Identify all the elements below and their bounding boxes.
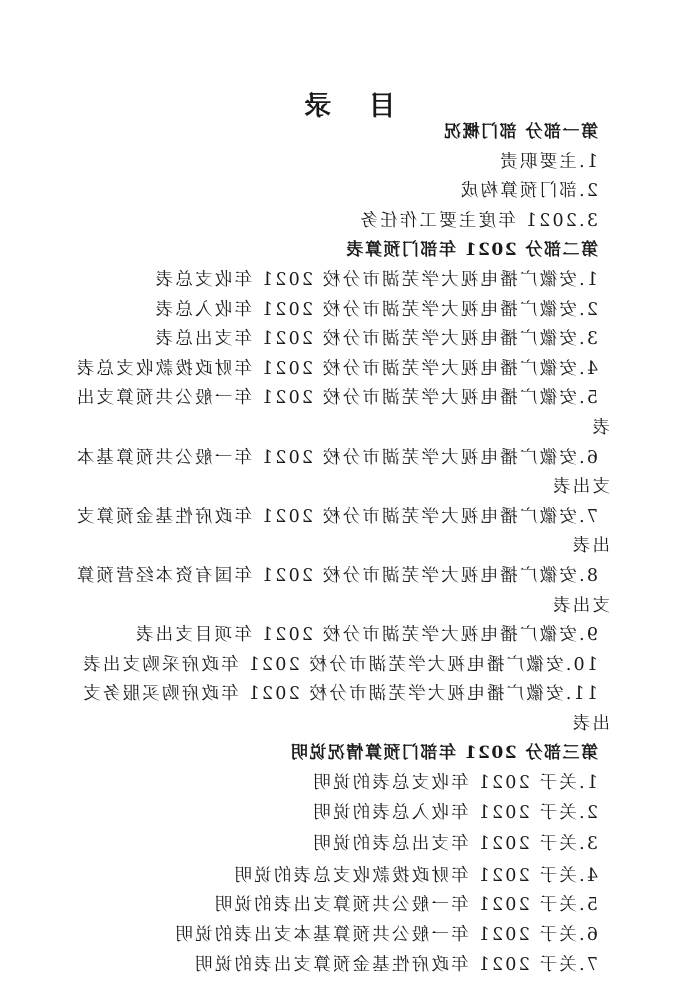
toc-item: 5.安徽广播电视大学芜湖市分校 2021 年一般公共预算支出	[78, 384, 598, 414]
toc-item-continuation: 出表	[78, 710, 610, 740]
table-of-contents: 第一部分 部门概况 1.主要职责 2.部门预算构成 3.2021 年度主要工作任…	[78, 118, 598, 980]
toc-section-2: 第二部分 2021 年部门预算表	[78, 236, 598, 266]
toc-item: 2.安徽广播电视大学芜湖市分校 2021 年收入总表	[78, 296, 598, 326]
toc-item: 5.关于 2021 年一般公共预算支出表的说明	[78, 891, 598, 921]
toc-section-3: 第三部分 2021 年部门预算情况说明	[78, 739, 598, 769]
toc-section-1: 第一部分 部门概况	[78, 118, 598, 148]
toc-item: 10.安徽广播电视大学芜湖市分校 2021 年政府采购支出表	[78, 651, 598, 681]
toc-item: 3.2021 年度主要工作任务	[78, 207, 598, 237]
toc-item-continuation: 支出表	[78, 473, 610, 503]
toc-item: 7.关于 2021 年政府性基金预算支出表的说明	[78, 951, 598, 981]
toc-item: 11.安徽广播电视大学芜湖市分校 2021 年政府购买服务支	[78, 680, 598, 710]
toc-item-continuation: 出表	[78, 532, 610, 562]
toc-item: 4.安徽广播电视大学芜湖市分校 2021 年财政拨款收支总表	[78, 355, 598, 385]
toc-item: 4.关于 2021 年财政拨款收支总表的说明	[78, 862, 598, 892]
toc-item: 1.安徽广播电视大学芜湖市分校 2021 年收支总表	[78, 266, 598, 296]
toc-item: 6.关于 2021 年一般公共预算基本支出表的说明	[78, 921, 598, 951]
toc-item-continuation: 表	[78, 414, 610, 444]
toc-item: 3.安徽广播电视大学芜湖市分校 2021 年支出总表	[78, 325, 598, 355]
toc-item: 6.安徽广播电视大学芜湖市分校 2021 年一般公共预算基本	[78, 444, 598, 474]
document-page: 目 录 第一部分 部门概况 1.主要职责 2.部门预算构成 3.2021 年度主…	[0, 0, 700, 989]
toc-item: 2.部门预算构成	[78, 177, 598, 207]
toc-item: 7.安徽广播电视大学芜湖市分校 2021 年政府性基金预算支	[78, 503, 598, 533]
toc-item: 9.安徽广播电视大学芜湖市分校 2021 年项目支出表	[78, 621, 598, 651]
toc-item: 1.关于 2021 年收支总表的说明	[78, 769, 598, 799]
toc-item: 8.安徽广播电视大学芜湖市分校 2021 年国有资本经营预算	[78, 562, 598, 592]
toc-item: 2.关于 2021 年收入总表的说明	[78, 799, 598, 829]
toc-item: 3.关于 2021 年支出总表的说明	[78, 830, 598, 860]
toc-item: 1.主要职责	[78, 148, 598, 178]
toc-item-continuation: 支出表	[78, 592, 610, 622]
